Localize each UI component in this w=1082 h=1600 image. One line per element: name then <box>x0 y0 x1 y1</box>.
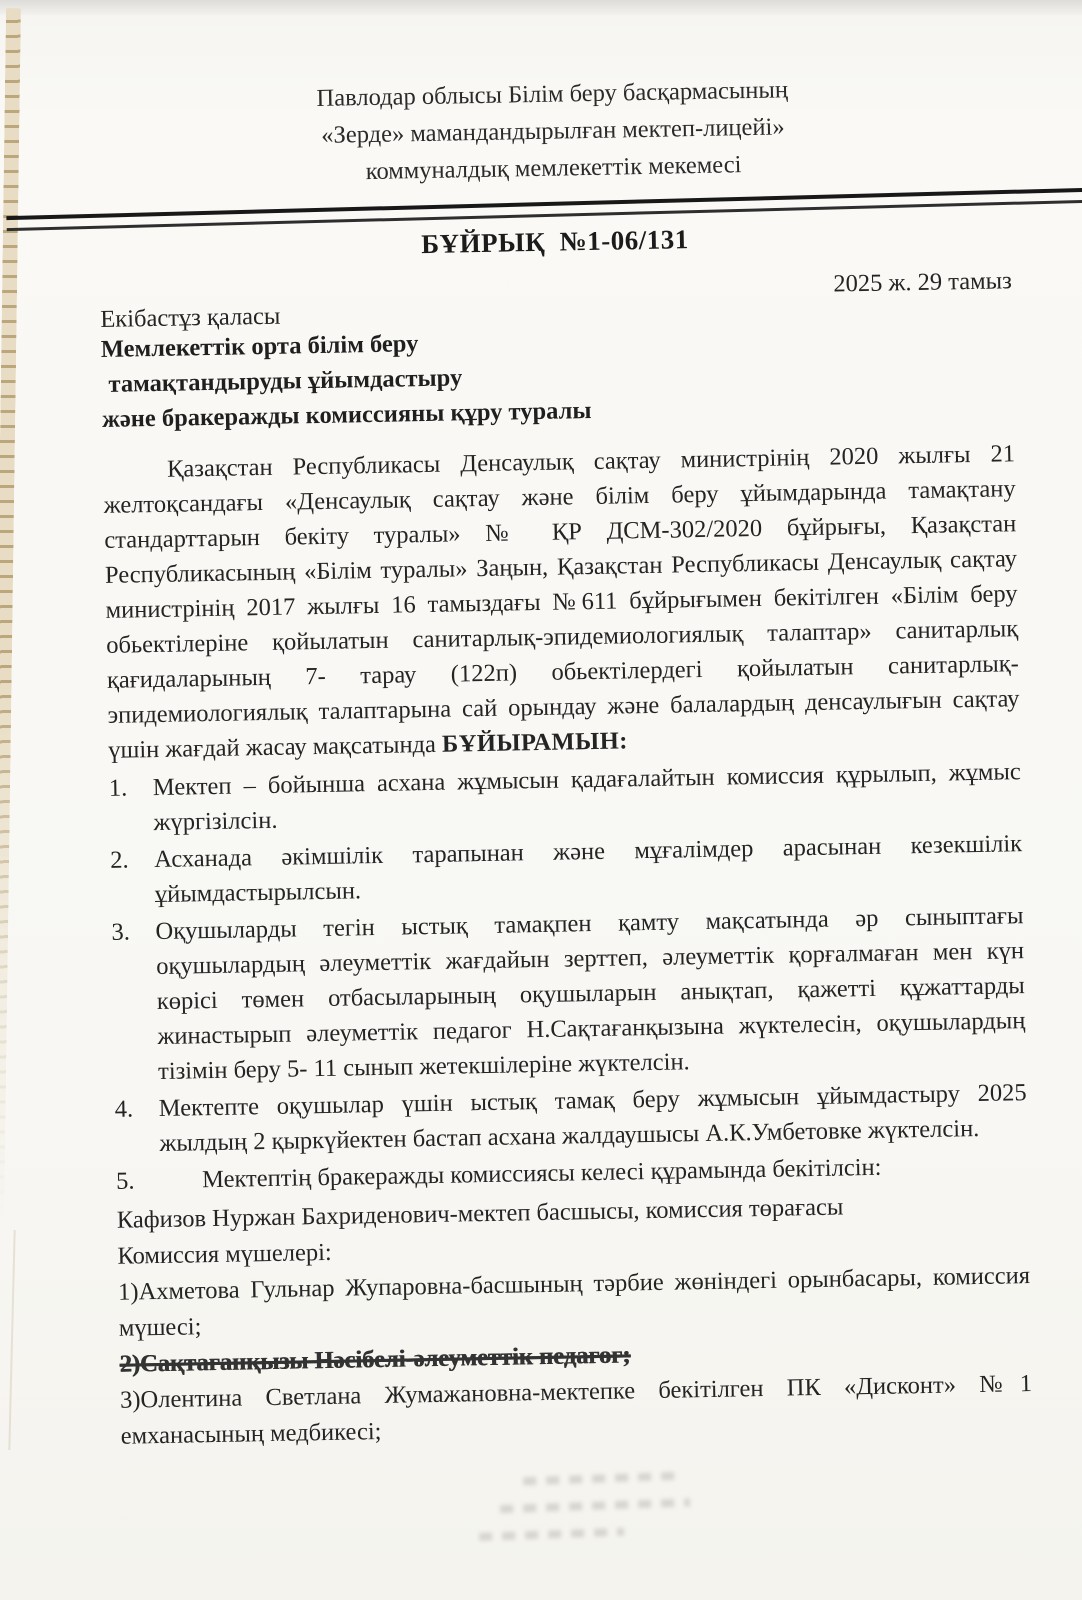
scanned-document-page: Павлодар облысы Білім беру басқармасының… <box>0 0 1082 1600</box>
decree-word: БҰЙЫРАМЫН: <box>442 727 628 757</box>
item-1-number: 1. <box>109 770 154 841</box>
org-header: Павлодар облысы Білім беру басқармасының… <box>96 67 1010 195</box>
document-content: Павлодар облысы Білім беру басқармасының… <box>96 67 1035 1561</box>
item-2-number: 2. <box>110 842 155 913</box>
bleed-mark-2 <box>500 1498 690 1513</box>
item-1-text: Мектеп – бойынша асхана жұмысын қадағала… <box>153 754 1022 840</box>
item-4-text: Мектепте оқушылар үшін ыстық тамақ беру … <box>158 1075 1027 1161</box>
item-2-text: Асханада әкімшілік тарапынан және мұғалі… <box>154 826 1023 912</box>
item-4-number: 4. <box>114 1091 159 1162</box>
preamble-text: Қазақстан Республикасы Денсаулық сақтау … <box>103 440 1019 764</box>
scan-binding-edge-tail <box>8 1230 15 1450</box>
order-subject: Мемлекеттік орта білім беру тамақтандыру… <box>101 315 1015 437</box>
bleed-mark-1 <box>523 1472 678 1486</box>
preamble-paragraph: Қазақстан Республикасы Денсаулық сақтау … <box>103 436 1021 768</box>
item-3-text: Оқушыларды тегін ыстық тамақпен қамту ма… <box>155 898 1026 1089</box>
bleed-mark-3 <box>479 1528 624 1541</box>
order-date: 2025 ж. 29 тамыз <box>833 263 1012 301</box>
item-5-number: 5. <box>116 1163 161 1199</box>
order-item-3: 3. Оқушыларды тегін ыстық тамақпен қамту… <box>111 898 1026 1090</box>
order-items: 1. Мектеп – бойынша асхана жұмысын қадағ… <box>109 754 1029 1199</box>
item-3-number: 3. <box>111 914 158 1090</box>
commission-list: Кафизов Нуржан Бахриденович-мектеп басшы… <box>117 1186 1033 1455</box>
bleed-through-marks <box>461 1459 1035 1541</box>
scan-top-band <box>0 0 1082 16</box>
scan-binding-edge-strip <box>0 8 21 1238</box>
commission-member-3: 3)Олентина Светлана Жумажановна-мектепке… <box>120 1366 1033 1455</box>
